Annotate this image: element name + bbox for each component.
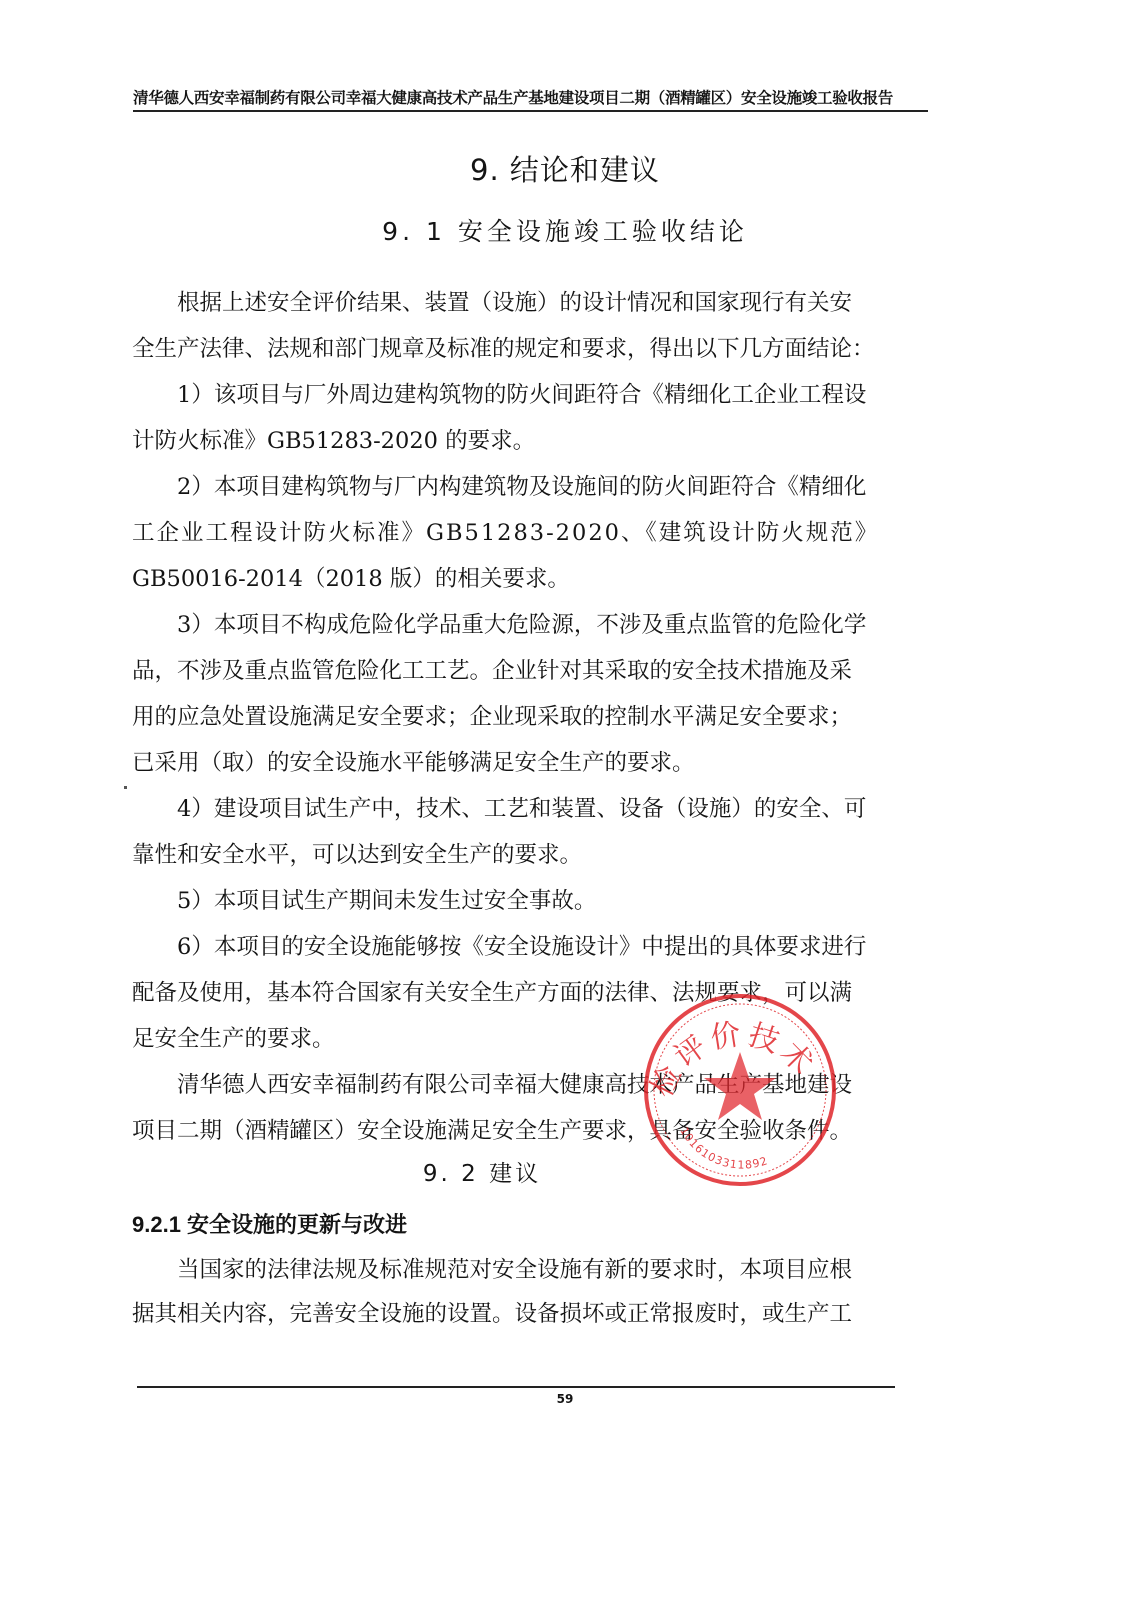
text-line: 工企业工程设计防火标准》GB51283-2020、《建筑设计防火规范》 — [87, 510, 928, 556]
text-line: 品，不涉及重点监管危险化工工艺。企业针对其采取的安全技术措施及采 — [87, 648, 928, 694]
paragraph: 当国家的法律法规及标准规范对安全设施有新的要求时，本项目应根 据其相关内容，完善… — [132, 1248, 928, 1336]
scan-artifact — [124, 786, 127, 789]
section-title-9-1: 9. 1 安全设施竣工验收结论 — [0, 212, 1130, 248]
text-line: 已采用（取）的安全设施水平能够满足安全生产的要求。 — [87, 740, 928, 786]
chapter-title: 9. 结论和建议 — [0, 148, 1130, 189]
text-line: 据其相关内容，完善安全设施的设置。设备损坏或正常报废时，或生产工 — [87, 1292, 928, 1336]
text-line: GB50016-2014（2018 版）的相关要求。 — [87, 556, 928, 602]
text-line: 1）该项目与厂外周边建构筑物的防火间距符合《精细化工企业工程设 — [132, 372, 928, 418]
text-line: 根据上述安全评价结果、装置（设施）的设计情况和国家现行有关安 — [132, 280, 928, 326]
conclusion-item-4: 4）建设项目试生产中，技术、工艺和装置、设备（设施）的安全、可 靠性和安全水平，… — [132, 786, 928, 878]
text-line: 4）建设项目试生产中，技术、工艺和装置、设备（设施）的安全、可 — [132, 786, 928, 832]
svg-text:1016103311892: 1016103311892 — [677, 1125, 770, 1172]
text-line: 2）本项目建构筑物与厂内构建筑物及设施间的防火间距符合《精细化 — [132, 464, 928, 510]
text-line: 用的应急处置设施满足安全要求；企业现采取的控制水平满足安全要求； — [87, 694, 928, 740]
text-line: 5）本项目试生产期间未发生过安全事故。 — [132, 878, 928, 924]
footer-divider — [137, 1386, 895, 1388]
conclusion-item-2: 2）本项目建构筑物与厂内构建筑物及设施间的防火间距符合《精细化 工企业工程设计防… — [132, 464, 928, 602]
page-number: 59 — [0, 1392, 1130, 1406]
running-header: 清华德人西安幸福制药有限公司幸福大健康高技术产品生产基地建设项目二期（酒精罐区）… — [133, 87, 928, 112]
text-line: 当国家的法律法规及标准规范对安全设施有新的要求时，本项目应根 — [132, 1248, 928, 1292]
text-line: 全生产法律、法规和部门规章及标准的规定和要求，得出以下几方面结论： — [132, 326, 928, 372]
document-page: 清华德人西安幸福制药有限公司幸福大健康高技术产品生产基地建设项目二期（酒精罐区）… — [0, 0, 1130, 1600]
text-line: 3）本项目不构成危险化学品重大危险源，不涉及重点监管的危险化学 — [132, 602, 928, 648]
subsection-title-9-2-1: 9.2.1 安全设施的更新与改进 — [132, 1208, 407, 1239]
text-line: 靠性和安全水平，可以达到安全生产的要求。 — [87, 832, 928, 878]
conclusion-item-1: 1）该项目与厂外周边建构筑物的防火间距符合《精细化工企业工程设 计防火标准》GB… — [132, 372, 928, 464]
star-icon — [704, 1052, 776, 1120]
conclusion-item-3: 3）本项目不构成危险化学品重大危险源，不涉及重点监管的危险化学 品，不涉及重点监… — [132, 602, 928, 786]
text-line: 计防火标准》GB51283-2020 的要求。 — [87, 418, 928, 464]
intro-paragraph: 根据上述安全评价结果、装置（设施）的设计情况和国家现行有关安 全生产法律、法规和… — [132, 280, 928, 372]
text-line: 6）本项目的安全设施能够按《安全设施设计》中提出的具体要求进行 — [132, 924, 928, 970]
conclusion-item-5: 5）本项目试生产期间未发生过安全事故。 — [132, 878, 928, 924]
official-seal-stamp: 检评价技术 1016103311892 — [640, 990, 840, 1190]
section-body-9-2-1: 当国家的法律法规及标准规范对安全设施有新的要求时，本项目应根 据其相关内容，完善… — [132, 1248, 928, 1336]
